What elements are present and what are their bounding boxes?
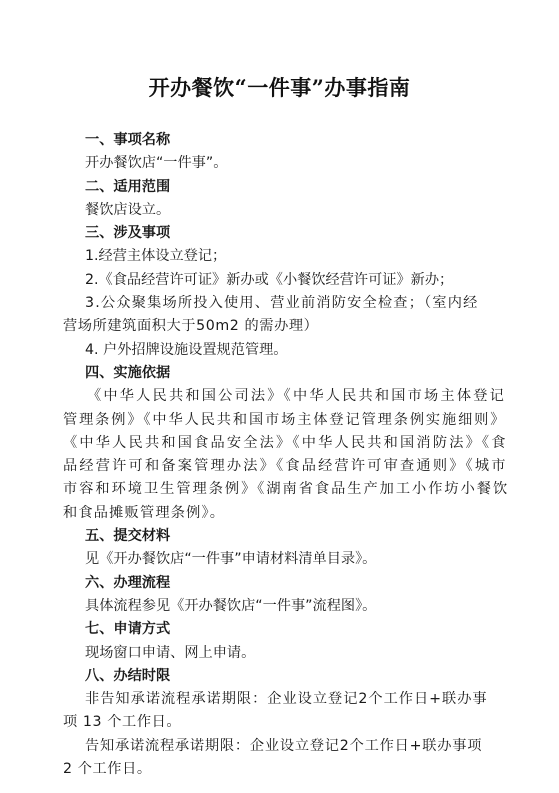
legal-basis-line: 《中华人民共和国食品安全法》《中华人民共和国消防法》《食 xyxy=(63,432,493,455)
section-heading-item-name: 一、事项名称 xyxy=(85,129,515,152)
legal-basis-line: 和食品摊贩管理条例》。 xyxy=(63,502,493,525)
section-heading-materials: 五、提交材料 xyxy=(85,525,515,548)
section-heading-time-limit: 八、办结时限 xyxy=(85,665,515,688)
involved-item-3-cont: 营场所建筑面积大于50m2 的需办理） xyxy=(63,315,493,338)
document-body: 一、事项名称 开办餐饮店“一件事”。 二、适用范围 餐饮店设立。 三、涉及事项 … xyxy=(85,129,515,781)
section-heading-scope: 二、适用范围 xyxy=(85,176,515,199)
legal-basis-line: 管理条例》《中华人民共和国市场主体登记管理条例实施细则》 xyxy=(63,409,493,432)
legal-basis-line: 品经营许可和备案管理办法》《食品经营许可审查通则》《城市 xyxy=(63,455,493,478)
legal-basis-line: 市容和环境卫生管理条例》《湖南省食品生产加工小作坊小餐饮 xyxy=(63,478,493,501)
legal-basis-line: 《中华人民共和国公司法》《中华人民共和国市场主体登记 xyxy=(85,385,515,408)
involved-item-3: 3.公众聚集场所投入使用、营业前消防安全检查；（室内经 xyxy=(85,292,515,315)
section-heading-application-method: 七、申请方式 xyxy=(85,618,515,641)
time-limit-line: 非告知承诺流程承诺期限：企业设立登记2个工作日+联办事 xyxy=(85,688,515,711)
section-text: 餐饮店设立。 xyxy=(85,199,515,222)
involved-item-4: 4. 户外招牌设施设置规范管理。 xyxy=(85,339,515,362)
involved-item-1: 1.经营主体设立登记； xyxy=(85,245,515,268)
time-limit-line: 告知承诺流程承诺期限：企业设立登记2个工作日+联办事项 xyxy=(85,735,515,758)
time-limit-line-cont: 2 个工作日。 xyxy=(63,758,493,781)
section-heading-legal-basis: 四、实施依据 xyxy=(85,362,515,385)
section-heading-involved-items: 三、涉及事项 xyxy=(85,222,515,245)
document-title: 开办餐饮“一件事”办事指南 xyxy=(0,72,559,102)
section-text: 见《开办餐饮店“一件事”申请材料清单目录》。 xyxy=(85,548,515,571)
time-limit-line-cont: 项 13 个工作日。 xyxy=(63,711,493,734)
section-heading-process: 六、办理流程 xyxy=(85,572,515,595)
section-text: 现场窗口申请、网上申请。 xyxy=(85,642,515,665)
involved-item-2: 2.《食品经营许可证》新办或《小餐饮经营许可证》新办； xyxy=(85,269,515,292)
section-text: 开办餐饮店“一件事”。 xyxy=(85,152,515,175)
section-text: 具体流程参见《开办餐饮店“一件事”流程图》。 xyxy=(85,595,515,618)
document-page: 开办餐饮“一件事”办事指南 一、事项名称 开办餐饮店“一件事”。 二、适用范围 … xyxy=(0,0,559,793)
